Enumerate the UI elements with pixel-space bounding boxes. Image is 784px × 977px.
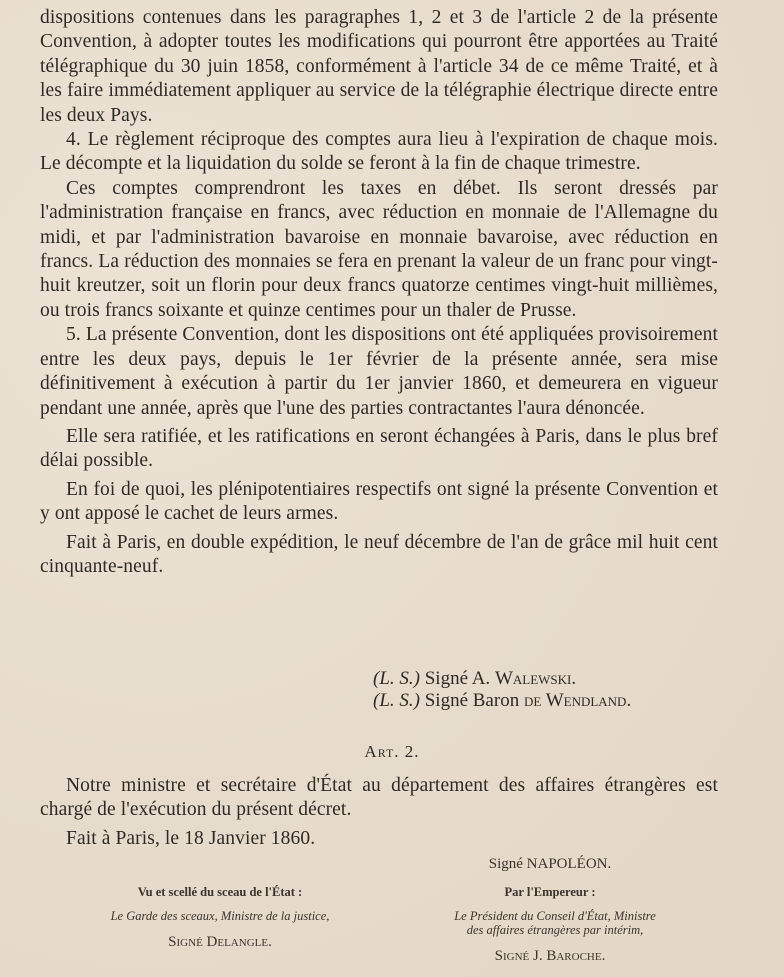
paragraph-5: 5. La présente Convention, dont les disp… <box>40 323 718 421</box>
article-2-block: Notre ministre et secrétaire d'État au d… <box>40 774 718 851</box>
garde-des-sceaux-title: Le Garde des sceaux, Ministre de la just… <box>40 908 400 924</box>
article-2-text: Notre ministre et secrétaire d'État au d… <box>40 774 718 823</box>
main-text-block: dispositions contenues dans les paragrap… <box>40 6 718 579</box>
seal-line: Vu et scellé du sceau de l'État : <box>60 884 380 900</box>
president-title-line-2: des affaires étrangères par intérim, <box>400 922 710 938</box>
article-title: Art. 2. <box>0 742 784 762</box>
par-empereur: Par l'Empereur : <box>430 884 670 900</box>
seal-mark: (L. S.) <box>373 690 420 711</box>
delangle-signature: Signé Delangle. <box>60 934 380 950</box>
paragraph-ratification: Elle sera ratifiée, et les ratifications… <box>40 425 718 474</box>
date-line: Fait à Paris, le 18 Janvier 1860. <box>40 827 718 851</box>
continuation-paragraph: dispositions contenues dans les paragrap… <box>40 6 718 128</box>
paragraph-en-foi: En foi de quoi, les plénipotentiaires re… <box>40 478 718 527</box>
emperor-signature: Signé NAPOLÉON. <box>430 856 670 872</box>
signatory-name: de Wendland. <box>524 690 631 711</box>
baroche-signature: Signé J. Baroche. <box>430 948 670 964</box>
document-page: dispositions contenues dans les paragrap… <box>0 0 784 977</box>
paragraph-4: 4. Le règlement réciproque des comptes a… <box>40 128 718 177</box>
signature-walewski: (L. S.) Signé A. Walewski. <box>373 668 576 690</box>
paragraph-fait-paris: Fait à Paris, en double expédition, le n… <box>40 531 718 580</box>
paragraph-4-accounts: Ces comptes comprendront les taxes en dé… <box>40 177 718 323</box>
seal-mark: (L. S.) <box>373 668 420 689</box>
signatory-name: Walewski. <box>495 668 576 689</box>
signature-wendland: (L. S.) Signé Baron de Wendland. <box>373 690 631 712</box>
